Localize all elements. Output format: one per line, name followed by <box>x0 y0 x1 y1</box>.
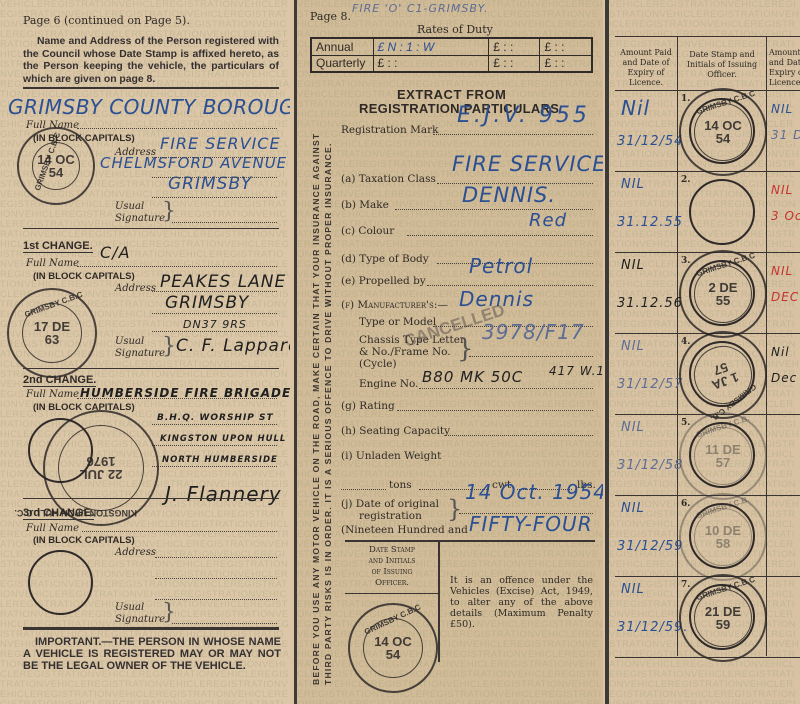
engine-no-value: B80 MK 50C <box>422 368 523 386</box>
column-header-amount: Amount Paid and Date of Expiry of Licenc… <box>617 48 675 88</box>
chassis-label-2: & No./Frame No. <box>359 346 451 358</box>
next-column-note: NIL <box>771 183 793 197</box>
divider <box>23 627 279 630</box>
amount-paid: NIL <box>621 177 645 192</box>
next-column-note-2: DEC <box>771 290 799 304</box>
full-name-label: Full Name <box>26 389 79 400</box>
first-change-address-line-2: GRIMSBY <box>165 293 249 313</box>
next-column-note: NIL <box>771 102 793 116</box>
right-page: VEHICLEREGISTRATIONVEHICLEREGISTRATIONVE… <box>609 0 800 704</box>
offence-notice: It is an offence under the Vehicles (Exc… <box>450 575 593 630</box>
chassis-label-3: (Cycle) <box>359 358 397 370</box>
dotted-line <box>172 222 277 223</box>
dotted-line <box>152 331 277 332</box>
seating-capacity-label: (h) Seating Capacity <box>341 425 450 437</box>
page-label: Page 6 (continued on Page 5). <box>23 14 190 27</box>
divider <box>23 87 279 89</box>
dotted-line <box>445 435 593 436</box>
divider <box>438 540 440 662</box>
licence-row: 6.NIL31/12/59GRIMSBY C.B.10 DE58 <box>609 495 800 576</box>
stamp-placeholder-circle <box>28 550 93 615</box>
brace: } <box>162 334 176 359</box>
dotted-line <box>152 466 277 467</box>
row-number: 2. <box>681 175 690 185</box>
original-registration-label-2: registration <box>359 510 422 522</box>
block-capitals-label: (IN BLOCK CAPITALS) <box>33 271 135 282</box>
tons-label: tons <box>389 479 412 491</box>
block-capitals-label: (IN BLOCK CAPITALS) <box>33 535 135 546</box>
licence-date-stamp: GRIMSBY C.B.11 DE57 <box>679 412 767 500</box>
dotted-line <box>152 177 277 178</box>
licence-row: 7.NIL31/12/59.GRIMSBY C.B.C21 DE59 <box>609 576 800 657</box>
licence-expiry: 31.12.56 <box>617 296 683 311</box>
rates-row-quarterly: Quarterly £ : : £ : : £ : : <box>311 55 592 72</box>
full-name-label: Full Name <box>26 258 79 269</box>
first-change-address-line-3: DN37 9RS <box>183 318 247 331</box>
colour-value: Red <box>529 210 567 231</box>
insurance-warning-line-2: THIRD PARTY RISKS IS IN ORDER. IT IS A S… <box>323 142 333 685</box>
brace: } <box>162 600 176 625</box>
next-column-note-2: Dec 6 <box>771 371 800 385</box>
usual-label: Usual <box>115 336 144 347</box>
amount-paid: NIL <box>621 339 645 354</box>
rates-title: Rates of Duty <box>417 23 493 36</box>
date-stamp-original: GRIMSBY C.B.C 14 OC54 <box>17 127 95 205</box>
important-notice: IMPORTANT.—THE PERSON IN WHOSE NAME A VE… <box>23 636 281 672</box>
original-registration-label-1: (j) Date of original <box>341 498 439 510</box>
licence-expiry: 31/12/59 <box>617 539 683 554</box>
dotted-line <box>397 410 593 411</box>
nineteen-hundred-label: (Nineteen Hundred and <box>341 524 468 536</box>
manufacturer-label: (f) Manufacturer's:— <box>341 299 448 311</box>
full-name-label: Full Name <box>26 523 79 534</box>
licence-row: 4.NIL31/12/57GRIMSBY C.B.1 JA57NilDec 6 <box>609 333 800 414</box>
first-change-address-line-1: PEAKES LANE <box>160 272 286 292</box>
rates-of-duty-table: Annual £ N : 1 : W £ : : £ : : Quarterly… <box>310 37 593 73</box>
registration-mark-label: Registration Mark <box>341 124 438 136</box>
brace: } <box>162 199 176 224</box>
original-address-line-1: FIRE SERVICE <box>160 134 281 153</box>
second-change-address-line-1: B.H.Q. WORSHIP ST <box>157 413 274 423</box>
engine-no-extra: 417 W.1 <box>549 364 603 378</box>
third-change-title: 3rd CHANGE. <box>23 507 94 520</box>
dotted-line <box>152 424 277 425</box>
taxation-class-value: FIRE SERVICE <box>452 152 603 176</box>
left-page: VEHICLEREGISTRATIONVEHICLEREGISTRATIONVE… <box>0 0 290 704</box>
stamp-year: 54 <box>49 165 63 180</box>
amount-paid: NIL <box>621 582 645 597</box>
second-change-signature: J. Flannery <box>165 482 282 506</box>
dotted-line <box>77 128 277 129</box>
dotted-line <box>433 134 593 135</box>
dotted-line <box>152 157 277 158</box>
signature-label: Signature <box>115 348 165 359</box>
licence-date-stamp: GRIMSBY C.B.C14 OC54 <box>679 88 767 176</box>
usual-label: Usual <box>115 201 144 212</box>
issuing-officer-date-stamp: GRIMSBY C.B.C 14 OC54 <box>348 603 438 693</box>
divider <box>23 368 279 369</box>
dotted-line <box>341 489 386 490</box>
licence-row: 1.Nil31/12/54GRIMSBY C.B.C14 OC54NIL31 D… <box>609 90 800 171</box>
page-annotation: FIRE 'O' C1-GRIMSBY. <box>352 2 489 15</box>
insurance-warning-line-1: BEFORE YOU USE ANY MOTOR VEHICLE ON THE … <box>311 133 321 685</box>
rates-row-annual: Annual £ N : 1 : W £ : : £ : : <box>311 38 592 55</box>
next-column-note-2: 31 DE <box>771 128 800 142</box>
chassis-value: 3978/F17 <box>482 320 585 344</box>
licence-row: 3.NIL31.12.56GRIMSBY C.B.C2 DE55NILDEC <box>609 252 800 333</box>
signature-label: Signature <box>115 213 165 224</box>
divider <box>345 540 595 542</box>
first-change-title: 1st CHANGE. <box>23 240 93 253</box>
date-stamp-first-change: GRIMSBY C.B.C 17 DE63 <box>7 288 97 378</box>
first-change-signature: C. F. Lappard <box>176 336 290 356</box>
licence-expiry: 31/12/59. <box>617 620 689 635</box>
address-label: Address <box>115 283 156 294</box>
brace: } <box>457 334 474 364</box>
registration-heading: Name and Address of the Person registere… <box>23 36 279 86</box>
divider <box>345 593 438 594</box>
next-column-note: Nil <box>771 345 790 359</box>
signature-label: Signature <box>115 614 165 625</box>
licence-expiry: 31/12/54 <box>617 134 683 149</box>
amount-paid: NIL <box>621 258 645 273</box>
stamp-date: 14 OC <box>37 152 75 167</box>
middle-page: VEHICLEREGISTRATIONVEHICLEREGISTRATIONVE… <box>297 0 603 704</box>
amount-paid: Nil <box>621 96 650 120</box>
taxation-class-label: (a) Taxation Class <box>341 173 436 185</box>
dotted-line <box>469 356 593 357</box>
next-column-note: NIL <box>771 264 793 278</box>
dotted-line <box>152 313 277 314</box>
dotted-line <box>407 235 593 236</box>
next-column-note-2: 3 Oct <box>771 209 800 223</box>
dotted-line <box>77 398 277 399</box>
make-value: DENNIS. <box>462 183 556 207</box>
dotted-line <box>82 531 277 532</box>
second-change-address-line-3: NORTH HUMBERSIDE <box>162 455 278 465</box>
column-header-date-stamp: Date Stamp and Initials of Issuing Offic… <box>681 50 763 80</box>
nineteen-hundred-value: FIFTY-FOUR <box>469 512 593 536</box>
rating-label: (g) Rating <box>341 400 395 412</box>
table-top-rule <box>615 36 800 37</box>
dotted-line <box>152 291 277 292</box>
stamp-placeholder-circle <box>689 179 755 245</box>
engine-no-label: Engine No. <box>359 378 418 390</box>
original-registration-value: 14 Oct. 1954 <box>465 480 603 504</box>
licence-date-stamp: GRIMSBY C.B.C2 DE55 <box>679 250 767 338</box>
dotted-line <box>155 578 277 579</box>
licence-expiry: 31.12.55 <box>617 215 683 230</box>
first-change-full-name: C/A <box>100 243 131 262</box>
unladen-weight-label: (i) Unladen Weight <box>341 450 441 462</box>
address-label: Address <box>115 547 156 558</box>
column-header-amount-2: Amount Paid and Date of Expiry of Licenc… <box>769 48 800 88</box>
registration-mark-value: E.J.V. 955 <box>457 103 590 128</box>
licence-date-stamp: GRIMSBY C.B.10 DE58 <box>679 493 767 581</box>
dotted-line <box>77 266 277 267</box>
extract-title-1: EXTRACT FROM <box>397 87 506 102</box>
dotted-line <box>427 285 593 286</box>
brace: } <box>447 495 462 523</box>
dotted-line <box>152 445 277 446</box>
dotted-line <box>172 623 277 624</box>
usual-label: Usual <box>115 602 144 613</box>
dotted-line <box>419 388 593 389</box>
dotted-line <box>152 197 277 198</box>
colour-label: (c) Colour <box>341 225 394 237</box>
licence-row: 5.NIL31/12/58GRIMSBY C.B.11 DE57 <box>609 414 800 495</box>
divider <box>23 498 279 499</box>
dotted-line <box>155 557 277 558</box>
page-label: Page 8. <box>310 10 351 23</box>
licence-date-stamp: GRIMSBY C.B.C21 DE59 <box>679 574 767 662</box>
licence-expiry: 31/12/57 <box>617 377 683 392</box>
original-full-name: GRIMSBY COUNTY BOROUGH <box>8 95 290 119</box>
make-label: (b) Make <box>341 199 389 211</box>
amount-paid: NIL <box>621 501 645 516</box>
second-change-address-line-2: KINGSTON UPON HULL <box>160 434 286 444</box>
licence-row: 2.NIL31.12.55NIL3 Oct <box>609 171 800 252</box>
propelled-by-value: Petrol <box>469 254 533 278</box>
amount-paid: NIL <box>621 420 645 435</box>
divider <box>23 228 279 229</box>
type-of-body-label: (d) Type of Body <box>341 253 429 265</box>
issuing-officer-box-title: Date Stamp and Initials of Issuing Offic… <box>349 545 435 589</box>
licence-expiry: 31/12/58 <box>617 458 683 473</box>
propelled-by-label: (e) Propelled by <box>341 275 426 287</box>
